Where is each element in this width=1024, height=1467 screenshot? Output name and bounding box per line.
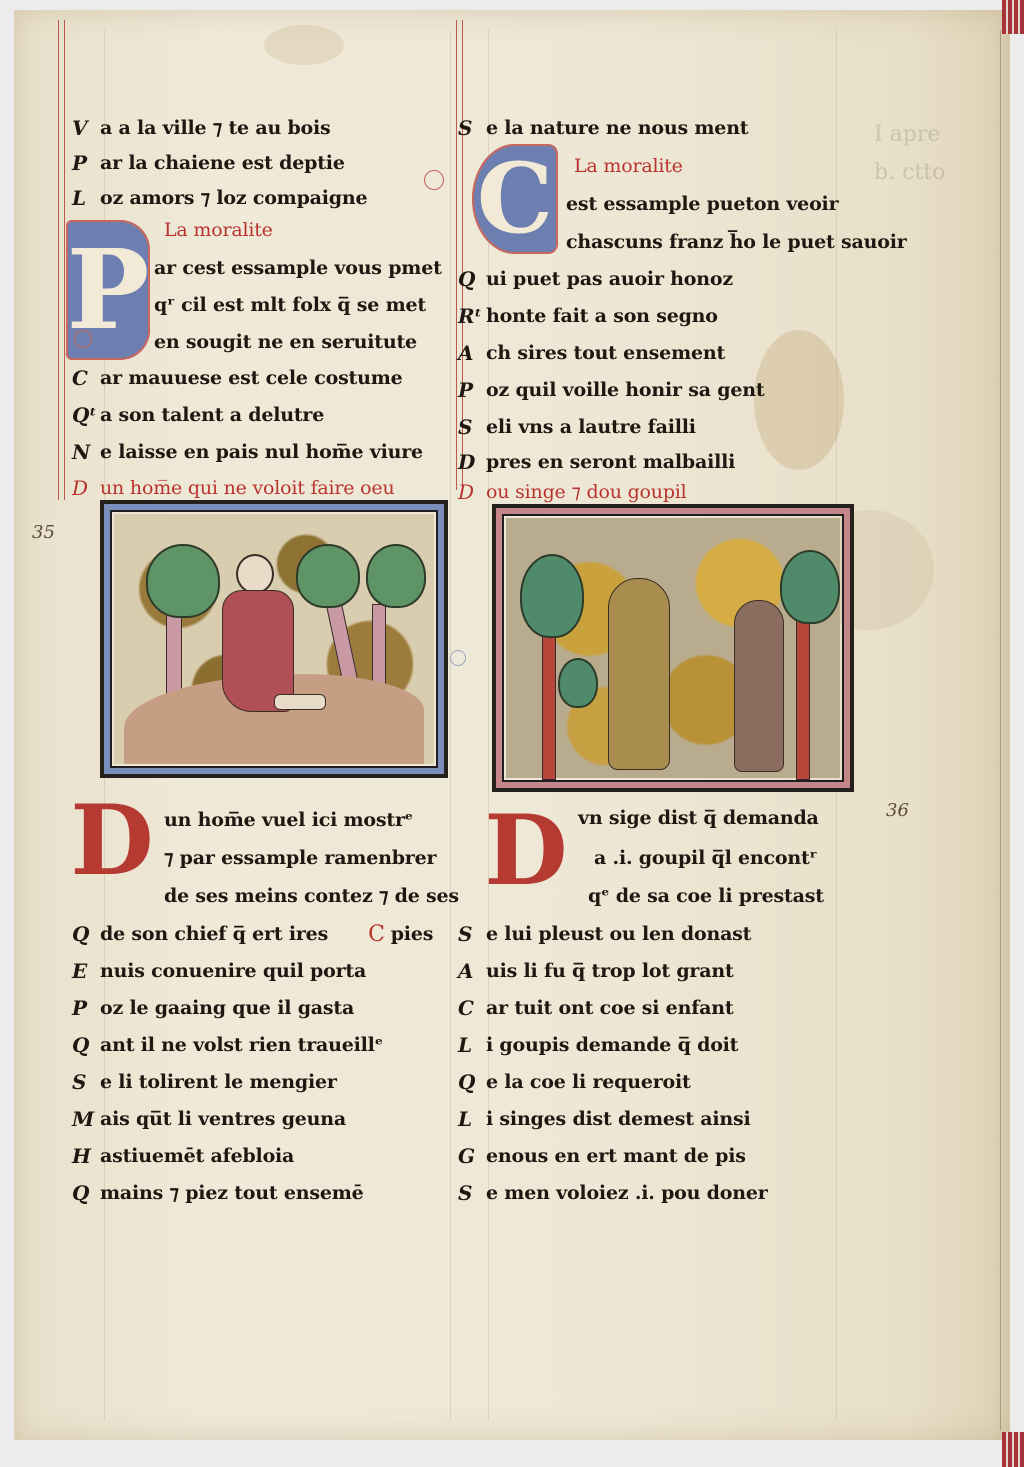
verse-line: C ar tuit ont coe si enfant: [458, 990, 733, 1026]
tree-trunk: [542, 628, 556, 780]
rubric-initial: D: [458, 480, 486, 504]
left-rubric-border: [58, 20, 59, 500]
miniature-seated-man: [100, 500, 448, 778]
line-initial: L: [458, 1033, 486, 1057]
line-initial: S: [72, 1070, 100, 1094]
tree-icon: [780, 550, 840, 624]
line-initial: D: [458, 450, 486, 474]
verse-line: S e men voloiez .i. pou doner: [458, 1175, 768, 1211]
line-text: eli vns a lautre failli: [486, 416, 696, 438]
line-text: ⁊ par essample ramenbrer: [164, 847, 436, 869]
line-initial: P: [72, 151, 100, 175]
line-text-aside: pies: [391, 923, 434, 945]
verse-line: N e laisse en pais nul hom̅e viure: [72, 434, 423, 470]
line-text: un hom̅e vuel ici mostrᵉ: [164, 809, 413, 831]
line-text: pres en seront malbailli: [486, 451, 735, 473]
center-rubric-border: [456, 20, 457, 490]
tree-icon: [520, 554, 584, 638]
verse-line: L oz amors ⁊ loz compaigne: [72, 180, 367, 216]
line-text: oz amors ⁊ loz compaigne: [100, 187, 367, 209]
rubric-title-text: un hom̅e qui ne voloit faire oeu: [100, 477, 395, 499]
verse-line: L i goupis demande q̅ doit: [458, 1027, 738, 1063]
line-text: ar tuit ont coe si enfant: [486, 997, 733, 1019]
line-text: a son talent a delutre: [100, 404, 324, 426]
verse-line: ⁊ par essample ramenbrer: [164, 840, 436, 876]
ruling-line: [450, 30, 451, 1420]
verse-line: G enous en ert mant de pis: [458, 1138, 746, 1174]
verse-line: ar cest essample vous pmet: [154, 250, 442, 286]
line-initial: Q: [458, 267, 486, 291]
line-initial: G: [458, 1144, 486, 1168]
line-text: a .i. goupil q̅l encontʳ: [594, 847, 817, 869]
line-text: honte fait a son segno: [486, 305, 718, 327]
line-initial: S: [458, 415, 486, 439]
illuminated-initial-c: C: [472, 144, 558, 254]
line-initial: S: [458, 922, 486, 946]
line-initial: Q: [72, 922, 100, 946]
line-initial: Q: [72, 1181, 100, 1205]
verse-line: E nuis conuenire quil porta: [72, 953, 366, 989]
line-text: vn sige dist q̅ demanda: [578, 807, 819, 829]
line-text: oz quil voille honir sa gent: [486, 379, 764, 401]
line-initial: C: [458, 996, 486, 1020]
binding-ribbon: [1002, 0, 1024, 34]
moral-heading: La moralite: [164, 212, 273, 248]
verse-line: vn sige dist q̅ demanda: [578, 800, 819, 836]
line-initial: Q: [72, 1033, 100, 1057]
figure-head: [236, 554, 274, 594]
rubric-title-text: ou singe ⁊ dou goupil: [486, 481, 687, 503]
line-initial: P: [458, 378, 486, 402]
decorated-initial-d: D: [486, 796, 566, 906]
verse-line: de ses meins contez ⁊ de ses: [164, 878, 459, 914]
line-text: ant il ne volst rien traueillᵉ: [100, 1034, 383, 1056]
verse-line: en sougit ne en seruitute: [154, 324, 417, 360]
tree-icon: [366, 544, 426, 608]
line-text: qʳ cil est mlt folx q̅ se met: [154, 294, 426, 316]
tree-trunk: [166, 614, 182, 696]
verse-line: est essample pueton veoir: [566, 186, 838, 222]
line-text: astiuemēt afebloia: [100, 1145, 294, 1167]
tree-trunk: [796, 608, 810, 780]
tree-icon: [296, 544, 360, 608]
line-text: ui puet pas auoir honoz: [486, 268, 733, 290]
line-text: est essample pueton veoir: [566, 193, 838, 215]
verse-line: L i singes dist demest ainsi: [458, 1101, 751, 1137]
line-text: ar cest essample vous pmet: [154, 257, 442, 279]
verse-line: H astiuemēt afebloia: [72, 1138, 294, 1174]
line-text: chascuns franz h̅o le puet sauoir: [566, 231, 907, 253]
rubric-initial: D: [72, 476, 100, 500]
verse-line: Q de son chief q̅ ert ires C pies: [72, 916, 433, 952]
flourish-icon: [450, 650, 466, 666]
manuscript-folio: I apre b. ctto 35 36 V a a la ville ⁊ te…: [14, 10, 1010, 1440]
verse-line: Qᵗ a son talent a delutre: [72, 397, 324, 433]
line-initial: S: [458, 1181, 486, 1205]
line-text: e la nature ne nous ment: [486, 117, 748, 139]
line-initial: P: [72, 996, 100, 1020]
verse-line: chascuns franz h̅o le puet sauoir: [566, 224, 907, 260]
line-text: a a la ville ⁊ te au bois: [100, 117, 331, 139]
verse-line: S e li tolirent le mengier: [72, 1064, 337, 1100]
line-text: ais qu̅t li ventres geuna: [100, 1108, 346, 1130]
line-initial: L: [72, 186, 100, 210]
line-text: ch sires tout ensement: [486, 342, 725, 364]
line-initial: H: [72, 1144, 100, 1168]
verse-line: A ch sires tout ensement: [458, 335, 725, 371]
line-initial: C: [72, 366, 100, 390]
line-initial: V: [72, 116, 100, 140]
parchment-stain: [754, 330, 844, 470]
verse-line: qᵉ de sa coe li prestast: [588, 878, 824, 914]
tree-icon: [146, 544, 220, 618]
miniature-ape-and-fox: [492, 504, 854, 792]
line-text: de ses meins contez ⁊ de ses: [164, 885, 459, 907]
line-text: e li tolirent le mengier: [100, 1071, 337, 1093]
line-initial: L: [458, 1107, 486, 1131]
verse-line: V a a la ville ⁊ te au bois: [72, 110, 331, 146]
line-text: qᵉ de sa coe li prestast: [588, 885, 824, 907]
verse-line: P ar la chaiene est deptie: [72, 145, 345, 181]
line-text: i goupis demande q̅ doit: [486, 1034, 738, 1056]
verse-line: Q ant il ne volst rien traueillᵉ: [72, 1027, 383, 1063]
verse-line: a .i. goupil q̅l encontʳ: [594, 840, 817, 876]
verse-line: S eli vns a lautre failli: [458, 409, 696, 445]
verse-line: Q ui puet pas auoir honoz: [458, 261, 733, 297]
parchment-stain: [264, 25, 344, 65]
binding-gutter: [1000, 30, 1001, 1430]
line-text: ar la chaiene est deptie: [100, 152, 345, 174]
line-text: ar mauuese est cele costume: [100, 367, 403, 389]
line-text: nuis conuenire quil porta: [100, 960, 366, 982]
verse-line: M ais qu̅t li ventres geuna: [72, 1101, 346, 1137]
verse-line: un hom̅e vuel ici mostrᵉ: [164, 802, 413, 838]
verse-line: Q mains ⁊ piez tout ensemē: [72, 1175, 364, 1211]
tree-icon: [558, 658, 598, 708]
verse-line: Rᵗ honte fait a son segno: [458, 298, 718, 334]
fox-figure: [734, 600, 784, 772]
line-text: de son chief q̅ ert ires: [100, 923, 328, 945]
line-text: e men voloiez .i. pou doner: [486, 1182, 768, 1204]
line-text: enous en ert mant de pis: [486, 1145, 746, 1167]
verse-line: qʳ cil est mlt folx q̅ se met: [154, 287, 426, 323]
line-initial: M: [72, 1107, 100, 1131]
line-initial: Qᵗ: [72, 403, 100, 427]
line-initial: E: [72, 959, 100, 983]
verse-line: Q e la coe li requeroit: [458, 1064, 691, 1100]
binding-ribbon: [1002, 1432, 1024, 1467]
line-initial: S: [458, 116, 486, 140]
flourish-icon: [74, 330, 92, 348]
left-rubric-border: [64, 20, 65, 500]
line-initial: A: [458, 341, 486, 365]
line-text: oz le gaaing que il gasta: [100, 997, 354, 1019]
moral-heading: La moralite: [574, 148, 683, 184]
line-initial: Rᵗ: [458, 304, 486, 328]
decorated-initial-d: D: [72, 786, 152, 896]
ape-figure: [608, 578, 670, 770]
verse-line: P oz le gaaing que il gasta: [72, 990, 354, 1026]
verse-line: S e la nature ne nous ment: [458, 110, 748, 146]
line-initial: N: [72, 440, 100, 464]
line-text: i singes dist demest ainsi: [486, 1108, 751, 1130]
line-text: e lui pleust ou len donast: [486, 923, 751, 945]
show-through-text: I apre: [874, 122, 940, 147]
verse-line: A uis li fu q̅ trop lot grant: [458, 953, 734, 989]
verse-line: P oz quil voille honir sa gent: [458, 372, 764, 408]
flourish-icon: [424, 170, 444, 190]
verse-line: S e lui pleust ou len donast: [458, 916, 751, 952]
line-text: e laisse en pais nul hom̅e viure: [100, 441, 423, 463]
verse-line: C ar mauuese est cele costume: [72, 360, 403, 396]
show-through-text: b. ctto: [874, 160, 945, 185]
figure-legs: [274, 694, 326, 710]
paragraph-mark: C: [368, 922, 385, 947]
line-text: e la coe li requeroit: [486, 1071, 691, 1093]
line-text: en sougit ne en seruitute: [154, 331, 417, 353]
folio-number-left: 35: [32, 522, 55, 543]
line-initial: Q: [458, 1070, 486, 1094]
line-text: uis li fu q̅ trop lot grant: [486, 960, 734, 982]
folio-number-right: 36: [886, 800, 909, 821]
line-initial: A: [458, 959, 486, 983]
line-text: mains ⁊ piez tout ensemē: [100, 1182, 364, 1204]
